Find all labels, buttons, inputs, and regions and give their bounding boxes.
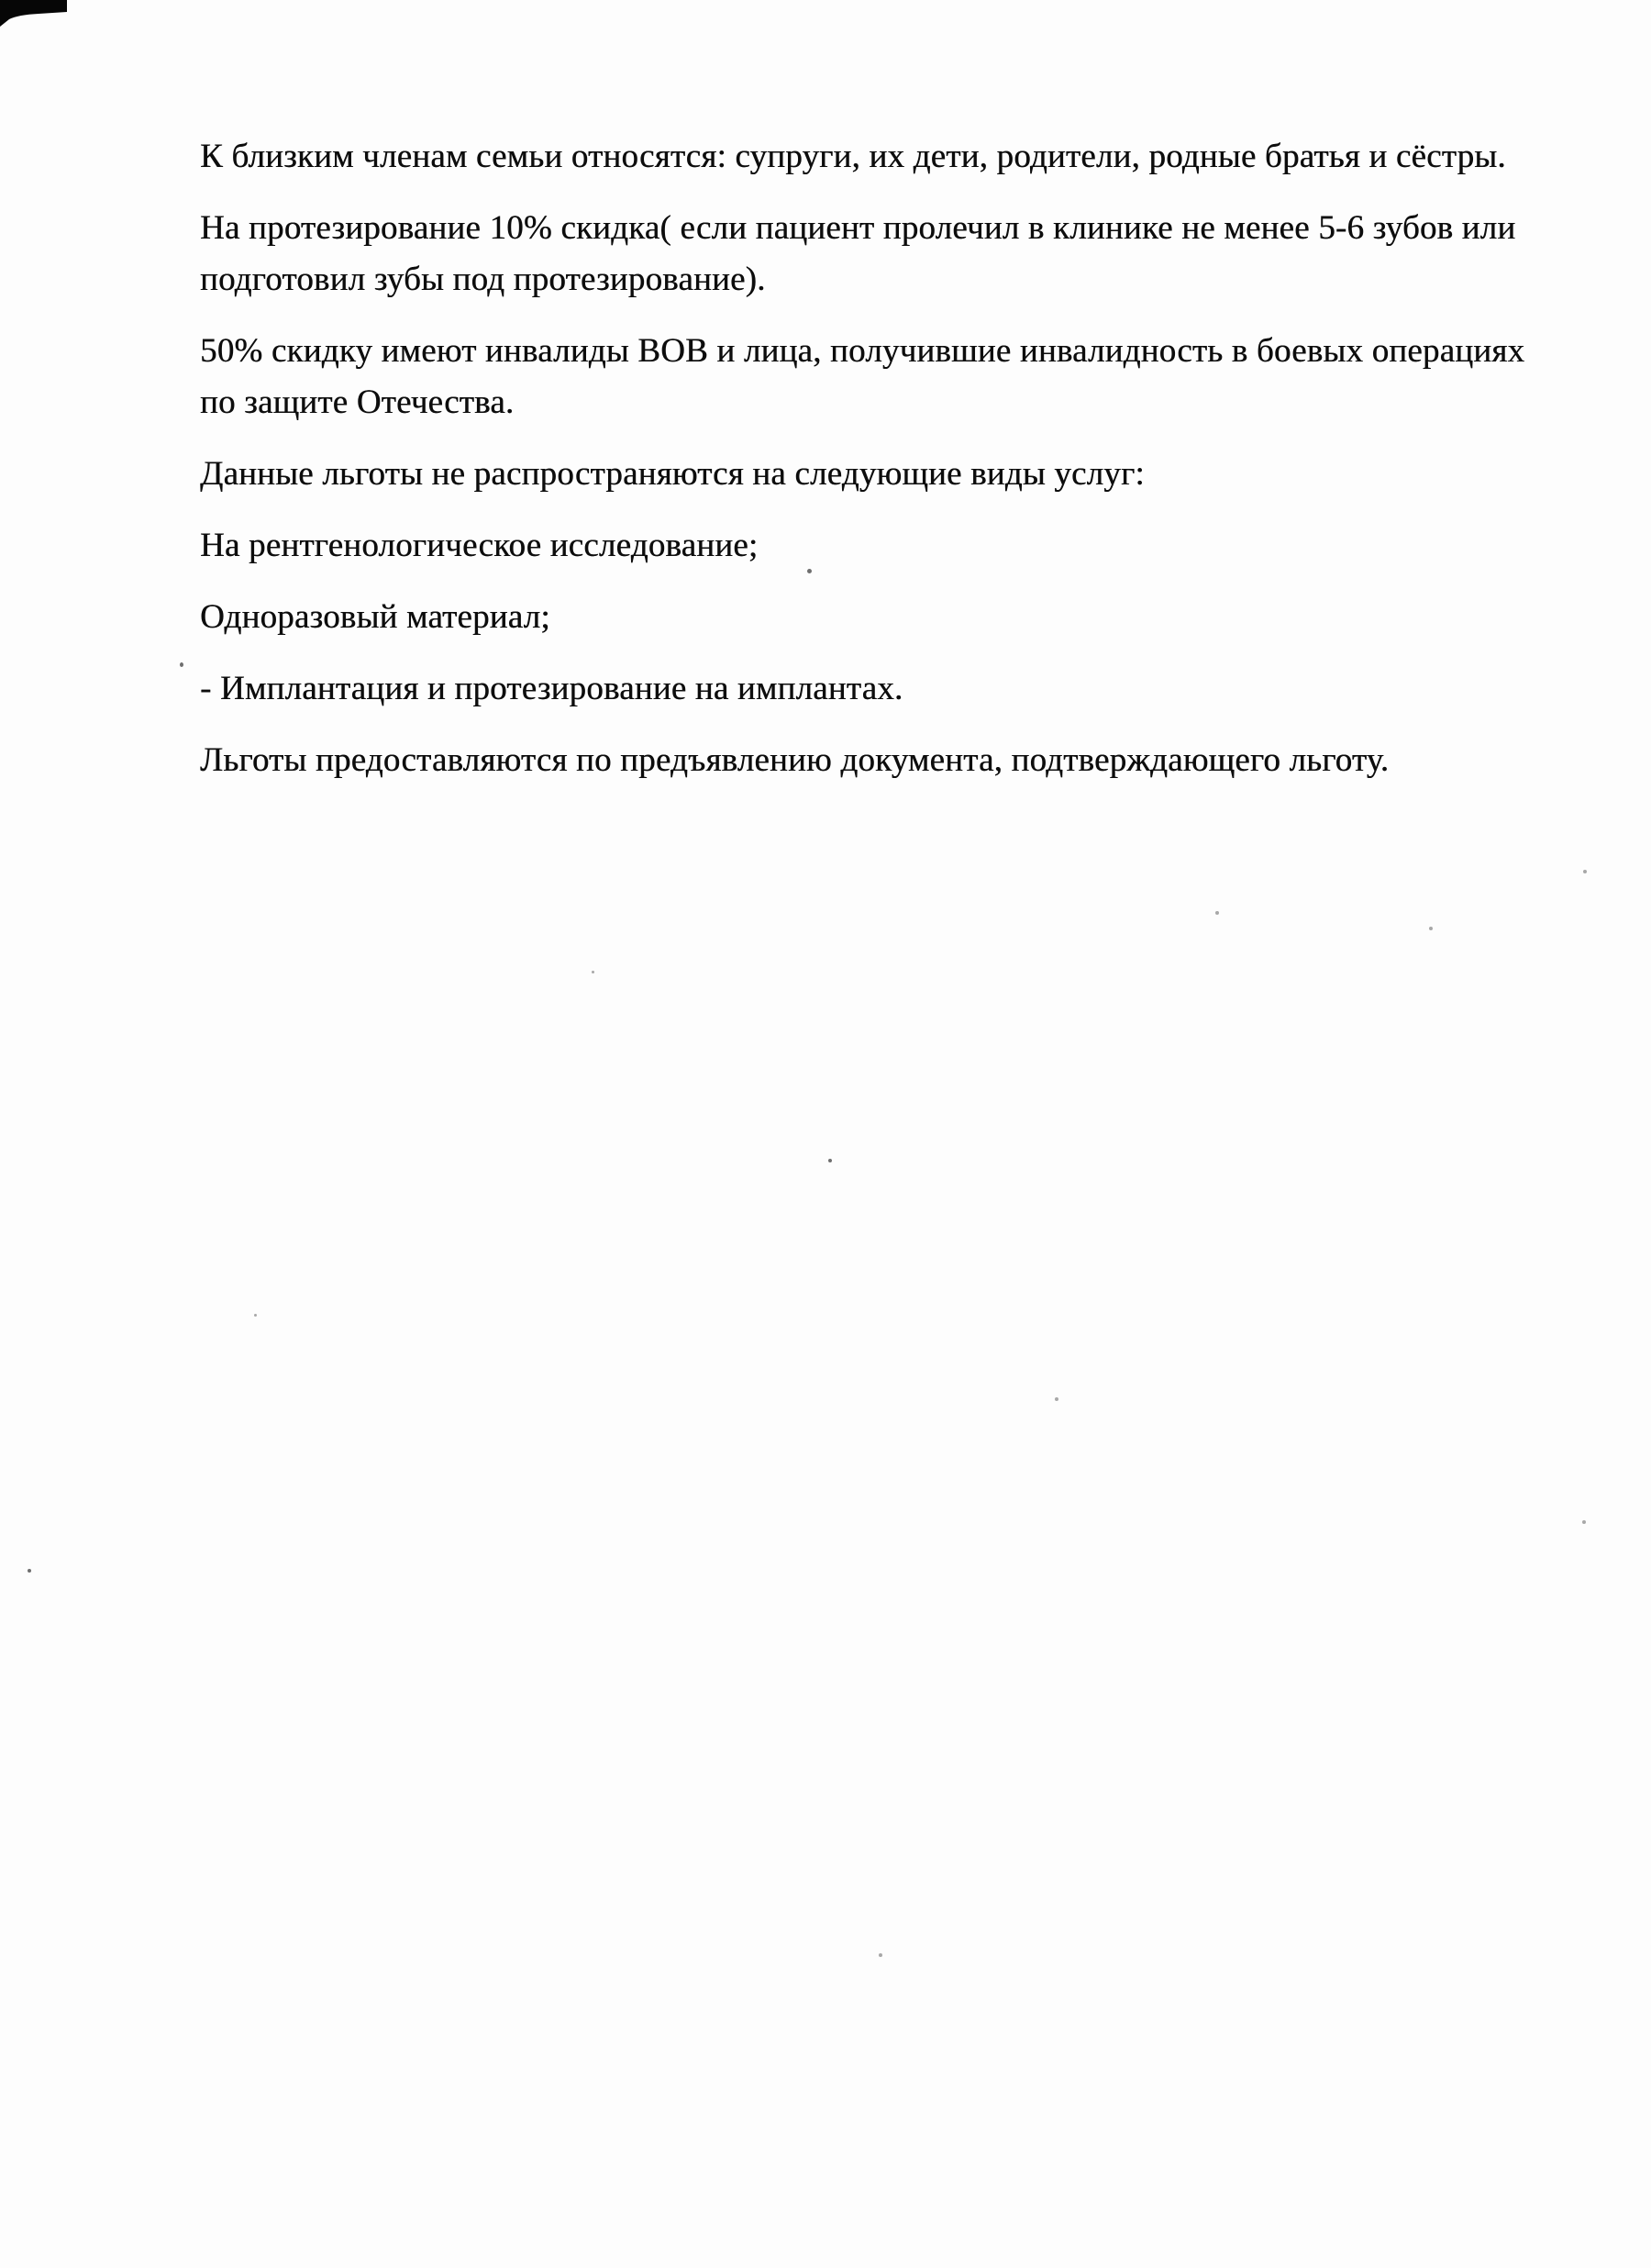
- text-line: На протезирование 10% скидка( если пацие…: [200, 203, 1596, 254]
- text-line: Одноразовый материал;: [200, 592, 1596, 643]
- paragraph-veterans-discount: 50% скидку имеют инвалиды ВОВ и лица, по…: [200, 326, 1596, 428]
- scan-speck: [807, 569, 812, 573]
- scan-speck: [1429, 927, 1433, 930]
- scan-speck: [180, 662, 183, 667]
- paragraph-family-members: К близким членам семьи относятся: супруг…: [200, 131, 1596, 183]
- paragraph-prosthetics-discount: На протезирование 10% скидка( если пацие…: [200, 203, 1596, 306]
- paragraph-exclusion-xray: На рентгенологическое исследование;: [200, 520, 1596, 572]
- scan-speck: [592, 971, 594, 973]
- text-line: Льготы предоставляются по предъявлению д…: [200, 735, 1596, 786]
- paragraph-proof-required: Льготы предоставляются по предъявлению д…: [200, 735, 1596, 786]
- scan-speck: [1055, 1397, 1058, 1401]
- scan-speck: [1215, 911, 1219, 915]
- paragraph-exclusion-disposables: Одноразовый материал;: [200, 592, 1596, 643]
- text-line: 50% скидку имеют инвалиды ВОВ и лица, по…: [200, 326, 1596, 377]
- text-line: К близким членам семьи относятся: супруг…: [200, 131, 1596, 183]
- scan-artifact-corner: [0, 0, 73, 31]
- paragraph-exclusions-intro: Данные льготы не распространяются на сле…: [200, 449, 1596, 500]
- text-line: по защите Отечества.: [200, 377, 1596, 428]
- scan-speck: [1583, 870, 1587, 873]
- text-line: На рентгенологическое исследование;: [200, 520, 1596, 572]
- scanned-document: { "page": { "background_color": "#fdfdfd…: [0, 0, 1651, 2268]
- text-line: подготовил зубы под протезирование).: [200, 254, 1596, 306]
- scan-speck: [828, 1159, 832, 1162]
- scan-speck: [879, 1953, 882, 1957]
- text-line: Данные льготы не распространяются на сле…: [200, 449, 1596, 500]
- text-column: К близким членам семьи относятся: супруг…: [200, 131, 1596, 806]
- scan-speck: [28, 1569, 31, 1573]
- scan-speck: [254, 1314, 257, 1317]
- text-line: - Имплантация и протезирование на имплан…: [200, 663, 1596, 715]
- document-page: К близким членам семьи относятся: супруг…: [0, 0, 1651, 2268]
- paragraph-exclusion-implants: - Имплантация и протезирование на имплан…: [200, 663, 1596, 715]
- scan-speck: [1582, 1520, 1586, 1524]
